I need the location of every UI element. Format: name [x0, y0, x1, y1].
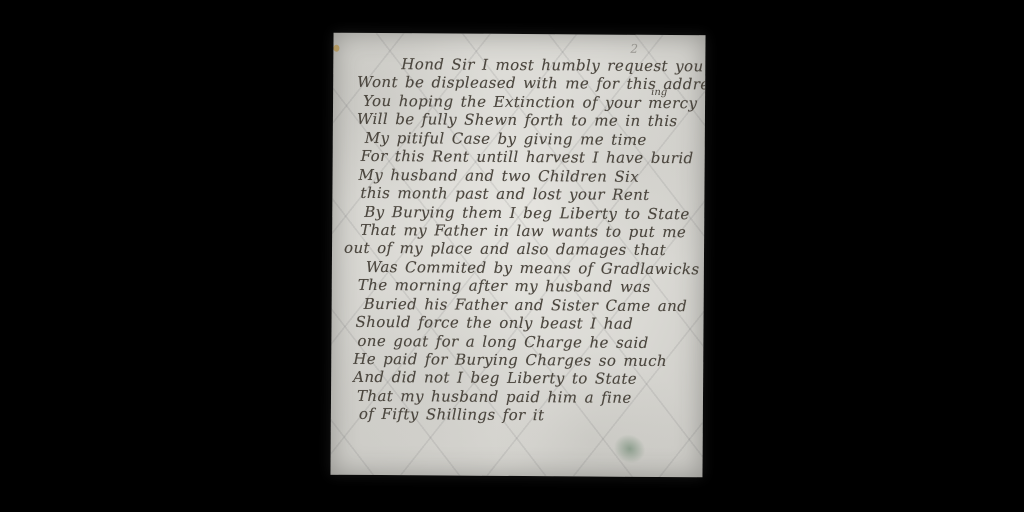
letter-line: My husband and two Children Six — [358, 166, 700, 187]
letter-line: And did not I beg Liberty to State — [353, 368, 699, 389]
insertion-superscript: ing — [651, 87, 667, 98]
letter-line: one goat for a long Charge he said — [357, 331, 699, 352]
letter-line: Buried his Father and Sister Came and — [364, 295, 700, 316]
green-stain — [609, 429, 650, 468]
letter-line: out of my place and also damages that — [344, 239, 700, 260]
letter-line: Wont be displeased with me for this addr… — [357, 73, 701, 94]
letter-line: He paid for Burying Charges so much — [353, 350, 699, 371]
letter-line: Should force the only beast I had — [355, 313, 699, 334]
letter-line: of Fifty Shillings for it — [359, 405, 699, 426]
photo-background: 2 Hond Sir I most humbly request you Won… — [0, 0, 1024, 512]
letter-line: For this Rent untill harvest I have buri… — [361, 147, 701, 168]
paper-edge-fleck — [333, 45, 339, 52]
letter-line: The morning after my husband was — [358, 276, 700, 297]
letter-text: Hond Sir I most humbly request you Wont … — [343, 55, 702, 426]
letter-line: Was Commited by means of Gradlawicks — [366, 258, 700, 279]
letter-line: By Burying them I beg Liberty to State — [364, 202, 700, 223]
letter-line: That my Father in law wants to put me — [360, 221, 700, 242]
letter-line: Hond Sir I most humbly request you — [401, 55, 701, 76]
letter-page: 2 Hond Sir I most humbly request you Won… — [330, 33, 705, 478]
letter-line: this month past and lost your Rent — [360, 184, 700, 205]
page-number: 2 — [630, 42, 638, 56]
letter-line: Will be fully Shewn forth to me in this — [357, 110, 701, 131]
letter-line: My pitiful Case by giving me time — [365, 129, 701, 150]
letter-line: That my husband paid him a fine — [357, 387, 699, 408]
